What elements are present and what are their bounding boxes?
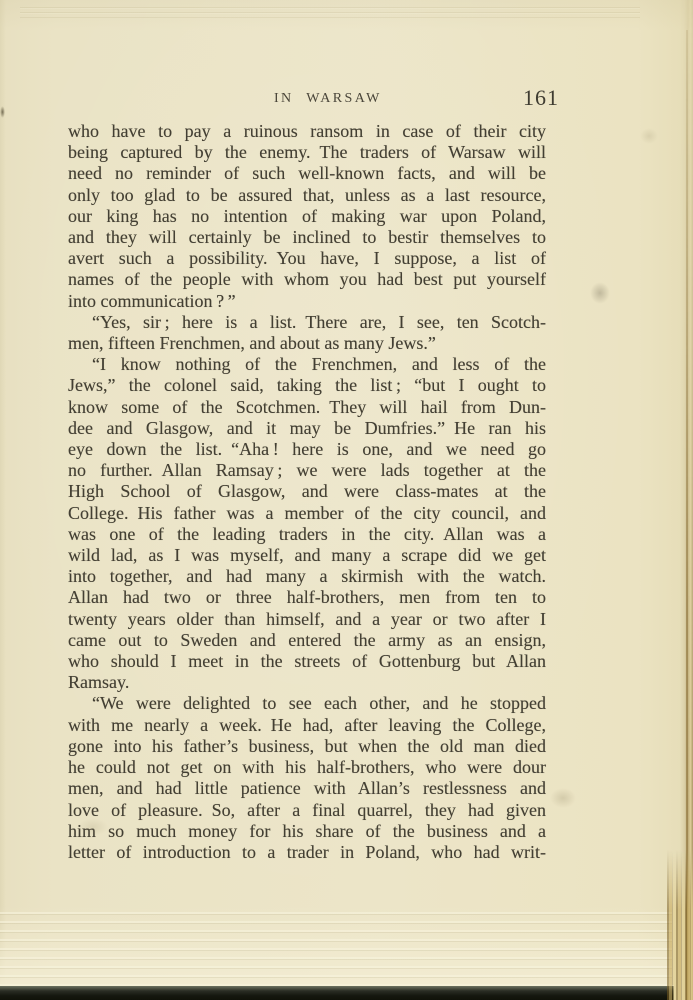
text-line: “Yes, sir ; here is a list. There are, I… [68, 312, 546, 333]
page-edge-striations-top [20, 4, 640, 18]
text-line: and they will certainly be inclined to b… [68, 227, 546, 248]
text-line: names of the people with whom you had be… [68, 269, 546, 290]
paragraph: “I know nothing of the Frenchmen, and le… [68, 354, 546, 693]
paragraph: “We were delighted to see each other, an… [68, 693, 546, 863]
text-line: dee and Glasgow, and it may be Dumfries.… [68, 418, 546, 439]
text-line: men, and had little patience with Allan’… [68, 778, 546, 799]
paper-smudge [78, 818, 108, 836]
text-line: men, fifteen Frenchmen, and about as man… [68, 333, 546, 354]
page-edges-bottom-right [667, 850, 693, 1000]
text-line: was one of the leading traders in the ci… [68, 524, 546, 545]
text-line: need no reminder of such well-known fact… [68, 163, 546, 184]
text-line: him so much money for his share of the b… [68, 821, 546, 842]
ink-speck [0, 106, 5, 118]
text-line: letter of introduction to a trader in Po… [68, 842, 546, 863]
text-line: “We were delighted to see each other, an… [68, 693, 546, 714]
text-line: who have to pay a ruinous ransom in case… [68, 121, 546, 142]
text-block: who have to pay a ruinous ransom in case… [68, 121, 546, 863]
running-title: IN WARSAW [274, 91, 382, 107]
text-line: wild lad, as I was myself, and many a sc… [68, 545, 546, 566]
text-line: know some of the Scotchmen. They will ha… [68, 397, 546, 418]
text-line: twenty years older than himself, and a y… [68, 609, 546, 630]
page-edges-bottom [0, 906, 672, 986]
book-page: IN WARSAW 161 who have to pay a ruinous … [0, 0, 693, 1000]
text-line: Ramsay. [68, 672, 546, 693]
paper-smudge [590, 282, 610, 304]
text-line: Jews,” the colonel said, taking the list… [68, 375, 546, 396]
text-line: avert such a possibility. You have, I su… [68, 248, 546, 269]
text-line: Allan had two or three half-brothers, me… [68, 587, 546, 608]
text-line: who should I meet in the streets of Gott… [68, 651, 546, 672]
paper-smudge [640, 128, 658, 144]
text-line: gone into his father’s business, but whe… [68, 736, 546, 757]
text-line: came out to Sweden and entered the army … [68, 630, 546, 651]
text-line: love of pleasure. So, after a final quar… [68, 800, 546, 821]
text-line: College. His father was a member of the … [68, 503, 546, 524]
paper-smudge [550, 788, 576, 808]
text-line: being captured by the enemy. The traders… [68, 142, 546, 163]
text-line: into together, and had many a skirmish w… [68, 566, 546, 587]
text-line: our king has no intention of making war … [68, 206, 546, 227]
text-line: eye down the list. “Aha ! here is one, a… [68, 439, 546, 460]
text-line: “I know nothing of the Frenchmen, and le… [68, 354, 546, 375]
text-line: into communication ? ” [68, 291, 546, 312]
text-line: with me nearly a week. He had, after lea… [68, 715, 546, 736]
text-line: High School of Glasgow, and were class-m… [68, 481, 546, 502]
text-line: he could not get on with his half-brothe… [68, 757, 546, 778]
text-line: only too glad to be assured that, unless… [68, 185, 546, 206]
text-line: no further. Allan Ramsay ; we were lads … [68, 460, 546, 481]
paragraph: who have to pay a ruinous ransom in case… [68, 121, 546, 312]
paragraph: “Yes, sir ; here is a list. There are, I… [68, 312, 546, 354]
page-number: 161 [523, 85, 559, 111]
scan-background-band [0, 985, 674, 1000]
